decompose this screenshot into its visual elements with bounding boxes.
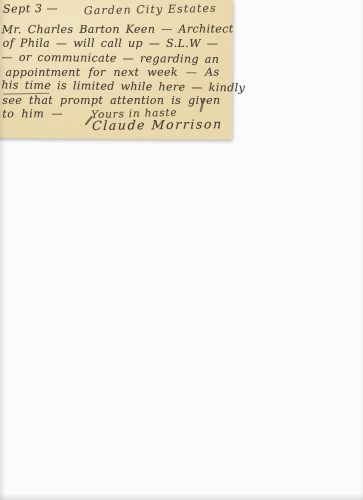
note-body: Mr. Charles Barton Keen — Architect of P… (1, 22, 228, 109)
scan-page: Sept 3 — Garden City Estates Mr. Charles… (0, 0, 363, 500)
scan-edge-shadow-bottom (0, 494, 363, 500)
note-closing-prefix: to him — (2, 107, 63, 120)
note-signature: Claude Morrison (92, 116, 224, 133)
note-header: Sept 3 — Garden City Estates (3, 2, 227, 17)
note-line: — or communicate — regarding an (2, 50, 228, 67)
note-heading: Garden City Estates (84, 2, 217, 18)
note-line: Mr. Charles Barton Keen — Architect (2, 22, 228, 37)
note-date: Sept 3 — (3, 2, 58, 16)
handwritten-note-card: Sept 3 — Garden City Estates Mr. Charles… (0, 0, 233, 140)
note-line: of Phila — will call up — S.L.W — (3, 37, 229, 52)
